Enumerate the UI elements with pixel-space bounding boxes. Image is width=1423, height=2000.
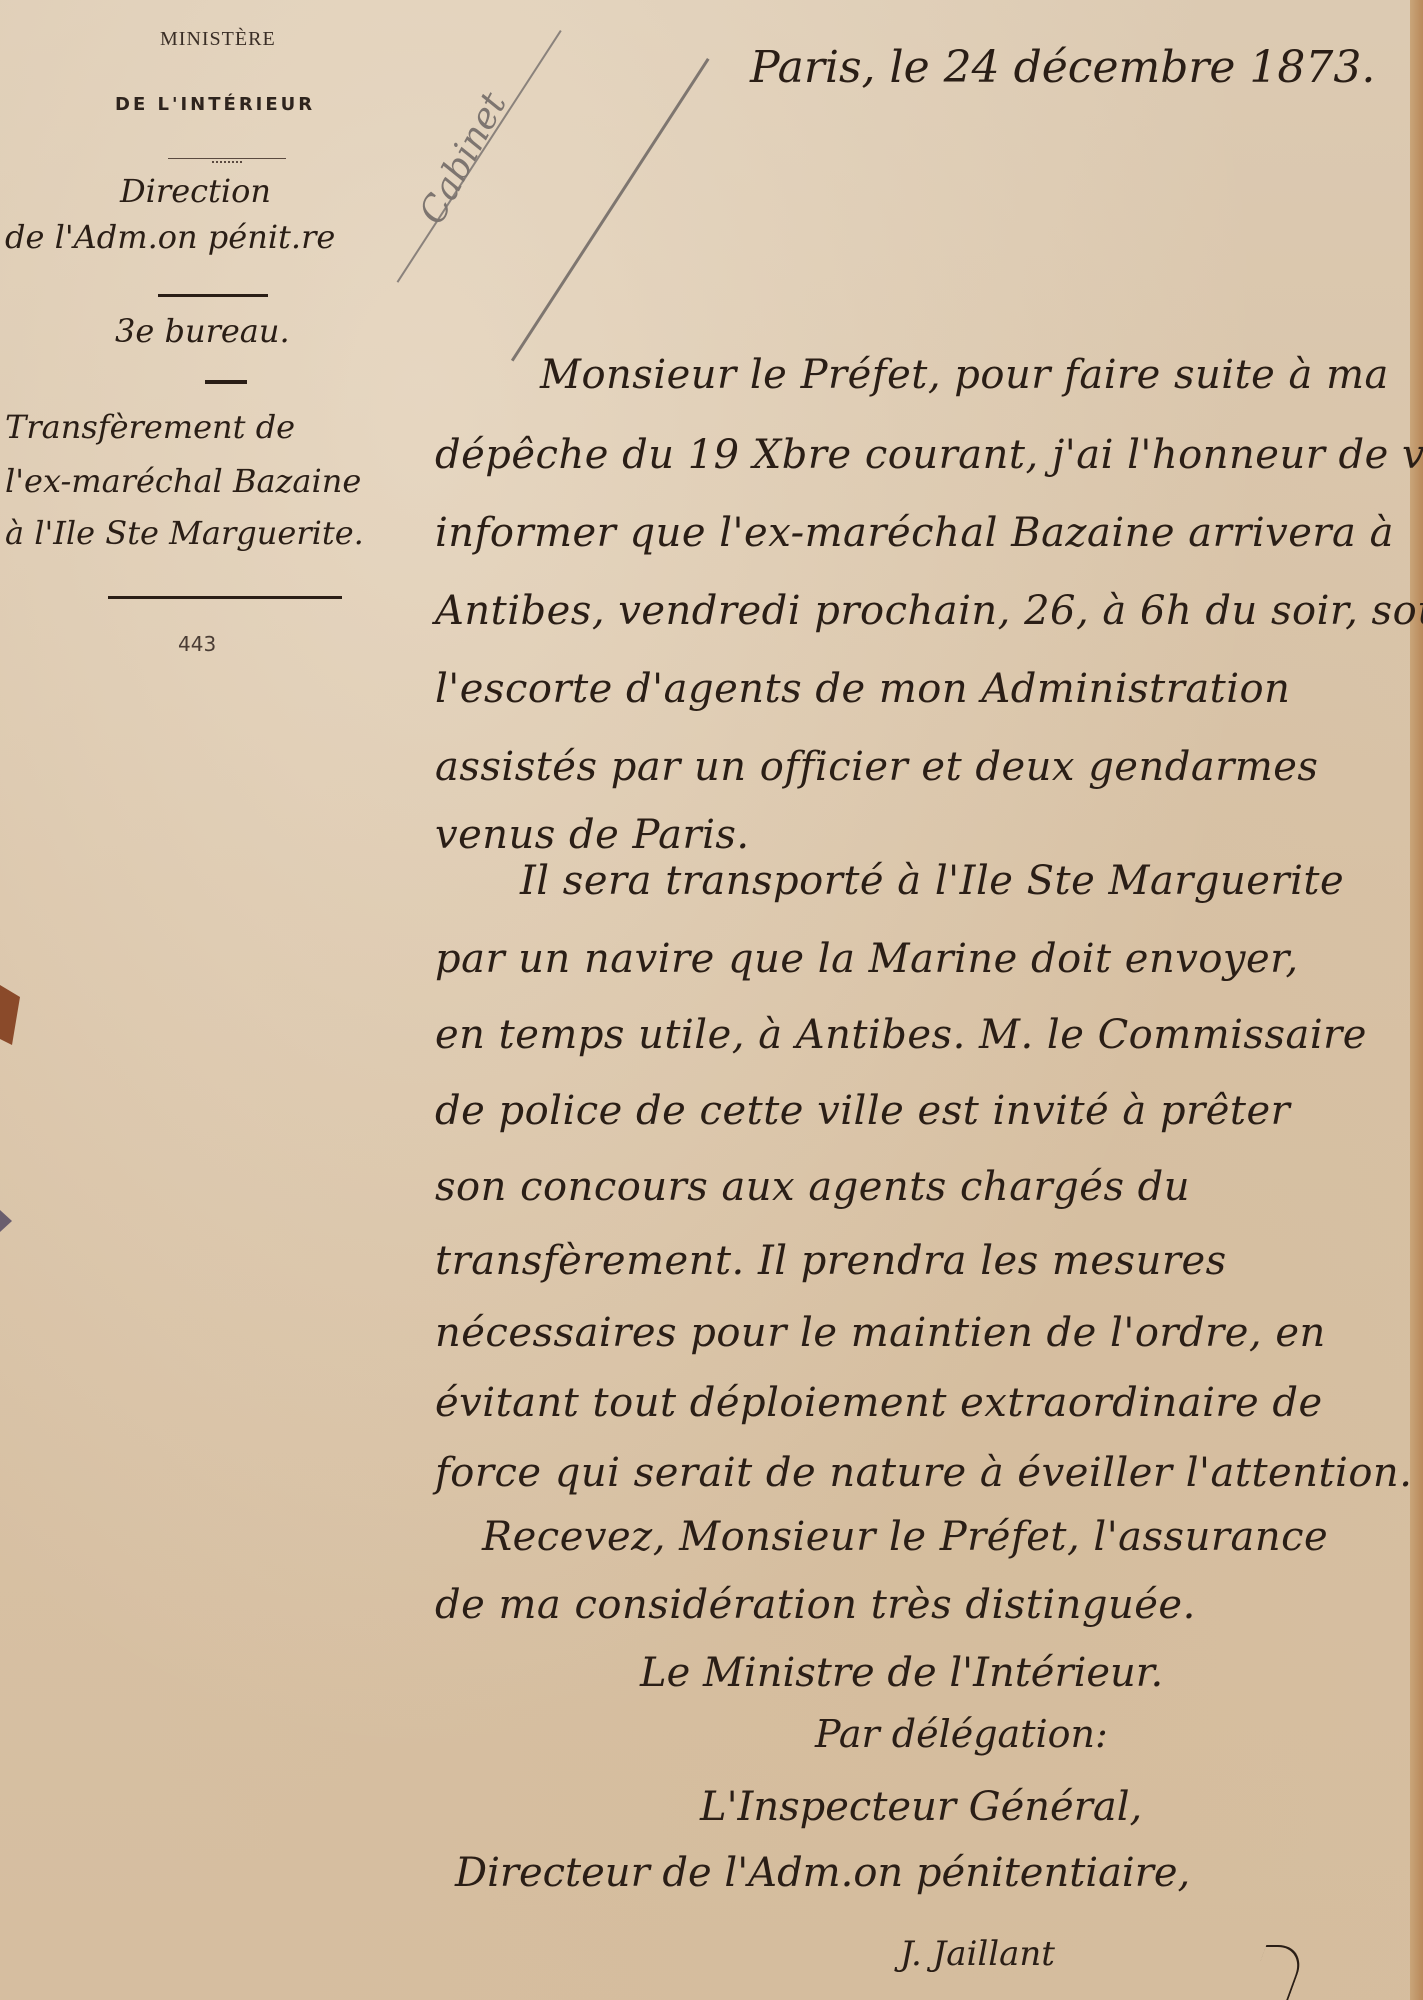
margin-administration: de l'Adm.on pénit.re bbox=[5, 218, 335, 256]
body-line: venus de Paris. bbox=[435, 812, 750, 858]
closing-minister: Le Ministre de l'Intérieur. bbox=[640, 1650, 1163, 1696]
margin-subject-line: à l'Ile Ste Marguerite. bbox=[5, 514, 364, 552]
margin-direction: Direction bbox=[120, 172, 271, 210]
margin-rule-long bbox=[108, 596, 342, 599]
margin-subject-line: Transfèrement de bbox=[5, 408, 295, 446]
letter-paper bbox=[0, 0, 1410, 2000]
body-line: transfèrement. Il prendra les mesures bbox=[435, 1238, 1227, 1284]
closing-director: Directeur de l'Adm.on pénitentiaire, bbox=[455, 1850, 1190, 1896]
body-line: de ma considération très distinguée. bbox=[435, 1582, 1196, 1628]
place-date: Paris, le 24 décembre 1873. bbox=[750, 42, 1375, 93]
body-line: Monsieur le Préfet, pour faire suite à m… bbox=[540, 352, 1389, 398]
signature: J. Jaillant bbox=[900, 1934, 1055, 1974]
body-line: son concours aux agents chargés du bbox=[435, 1164, 1190, 1210]
body-line: Antibes, vendredi prochain, 26, à 6h du … bbox=[435, 588, 1423, 634]
margin-subject-line: l'ex-maréchal Bazaine bbox=[5, 462, 361, 500]
body-line: force qui serait de nature à éveiller l'… bbox=[435, 1450, 1412, 1496]
closing-delegation: Par délégation: bbox=[815, 1712, 1108, 1756]
body-line: évitant tout déploiement extraordinaire … bbox=[435, 1380, 1323, 1426]
closing-inspector: L'Inspecteur Général, bbox=[700, 1784, 1142, 1830]
body-line: l'escorte d'agents de mon Administration bbox=[435, 666, 1290, 712]
body-line: assistés par un officier et deux gendarm… bbox=[435, 744, 1318, 790]
body-line: Recevez, Monsieur le Préfet, l'assurance bbox=[482, 1514, 1328, 1560]
body-line: nécessaires pour le maintien de l'ordre,… bbox=[435, 1310, 1326, 1356]
body-line: dépêche du 19 Xbre courant, j'ai l'honne… bbox=[435, 432, 1423, 478]
margin-rule-short bbox=[205, 380, 247, 384]
paper-edge bbox=[1410, 0, 1423, 2000]
body-line: informer que l'ex-maréchal Bazaine arriv… bbox=[435, 510, 1394, 556]
body-line: par un navire que la Marine doit envoyer… bbox=[435, 936, 1299, 982]
letterhead-ministere: MINISTÈRE bbox=[160, 28, 276, 51]
margin-rule bbox=[158, 294, 268, 297]
body-line: Il sera transporté à l'Ile Ste Marguerit… bbox=[520, 858, 1344, 904]
reference-number: 443 bbox=[178, 632, 216, 656]
letterhead-ornament bbox=[168, 158, 286, 165]
body-line: de police de cette ville est invité à pr… bbox=[435, 1088, 1290, 1134]
body-line: en temps utile, à Antibes. M. le Commiss… bbox=[435, 1012, 1367, 1058]
letterhead-interieur: DE L'INTÉRIEUR bbox=[115, 94, 315, 115]
margin-bureau: 3e bureau. bbox=[115, 312, 290, 350]
